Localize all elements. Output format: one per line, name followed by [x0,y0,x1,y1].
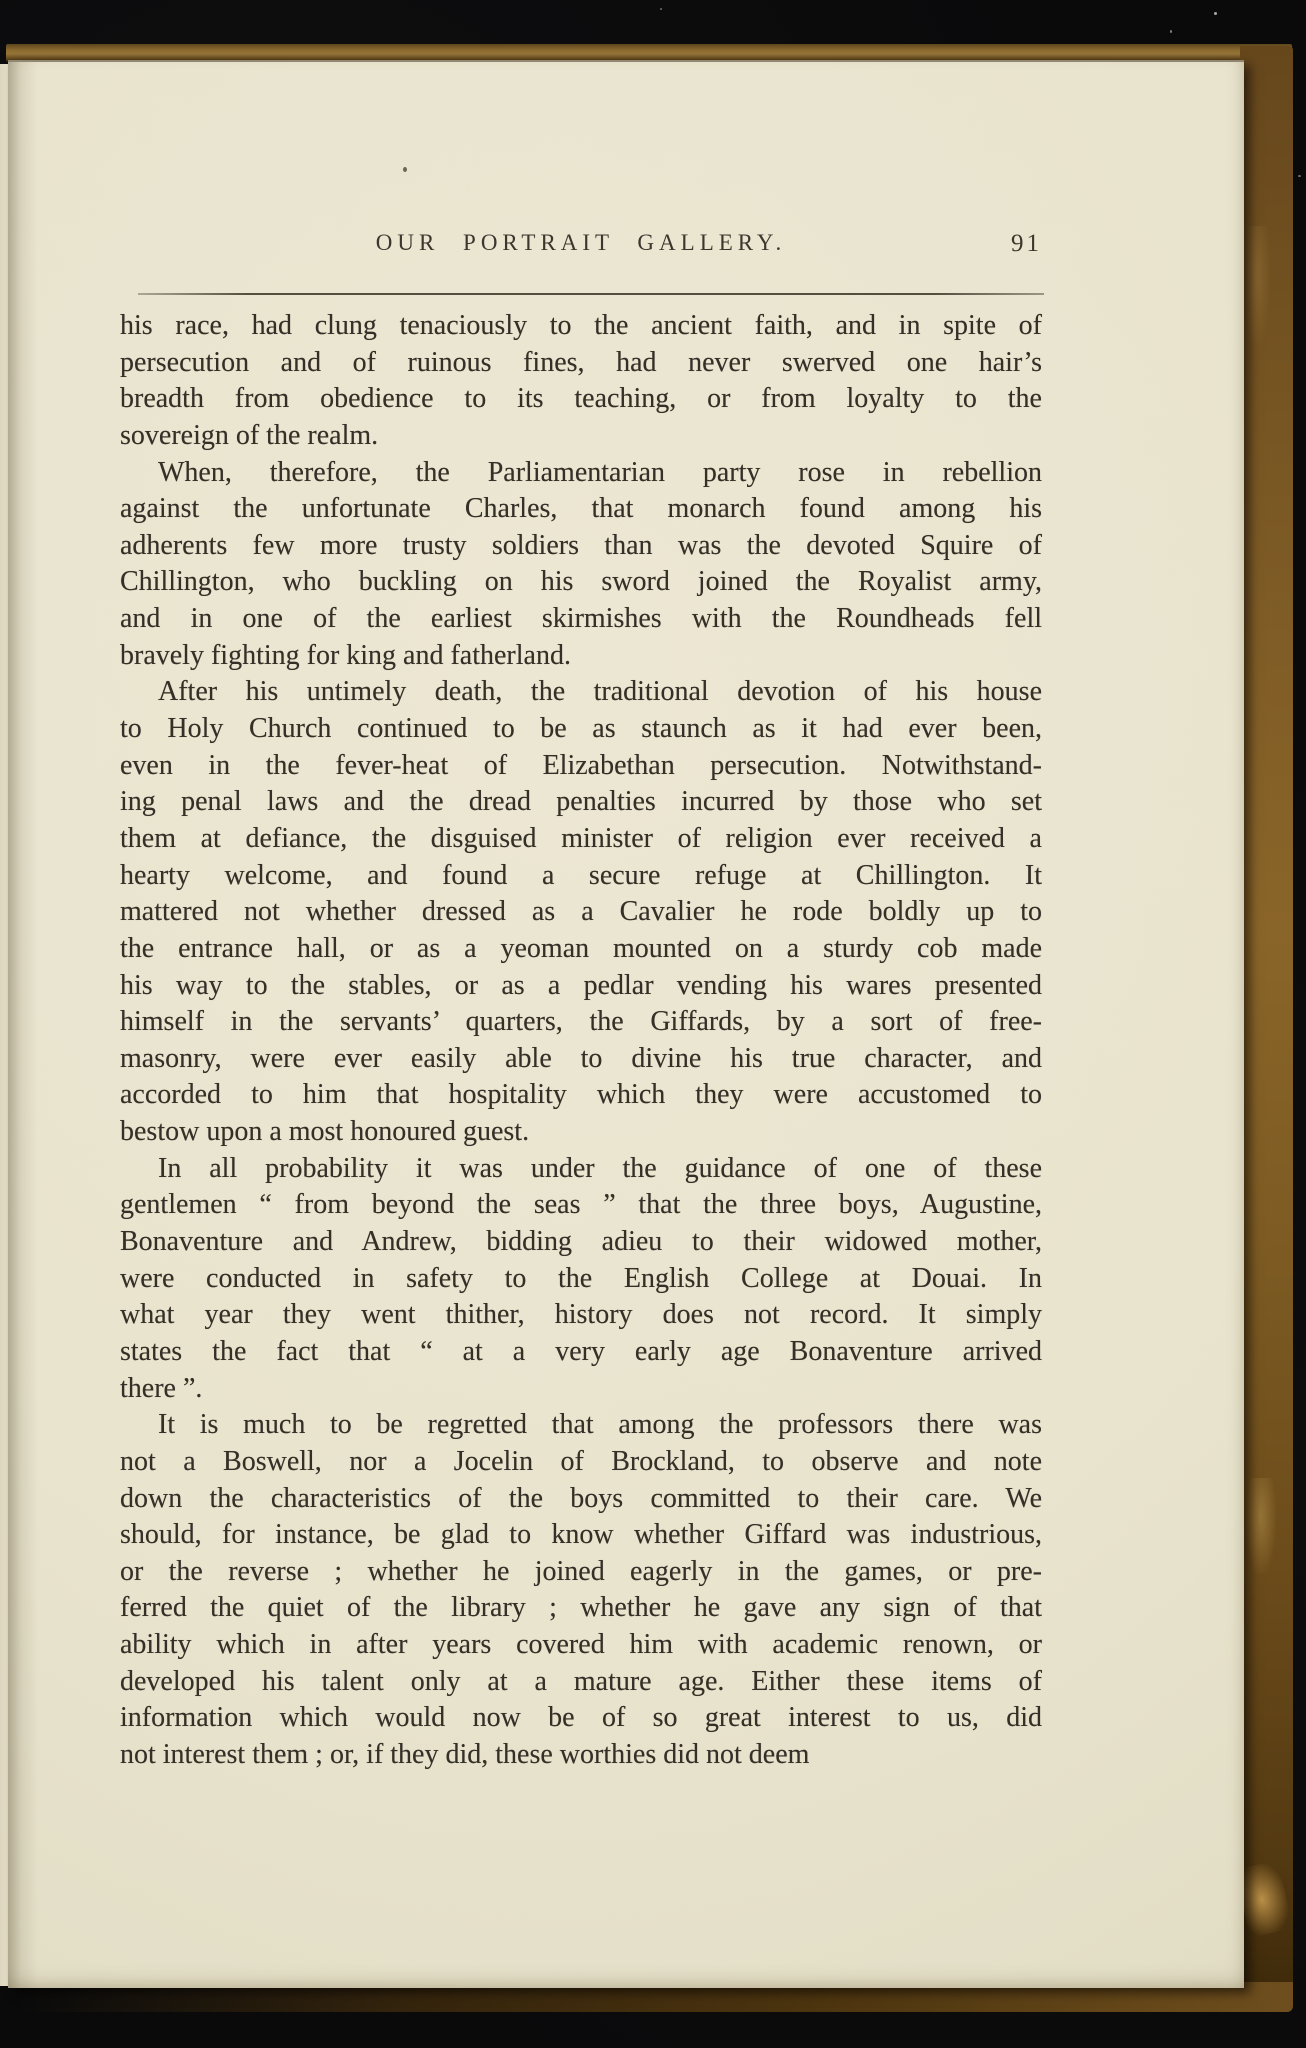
text-line: hearty welcome, and found a secure refug… [120,858,1042,895]
paragraph: his race, had clung tenaciously to the a… [120,308,1042,455]
page-header: OUR PORTRAIT GALLERY. 91 [120,226,1042,260]
text-line: developed his talent only at a mature ag… [120,1664,1042,1701]
text-line: against the unfortunate Charles, that mo… [120,491,1042,528]
dust-speck [1170,30,1172,33]
text-line: Chillington, who buckling on his sword j… [120,564,1042,601]
dust-speck [1298,175,1301,177]
body-text: his race, had clung tenaciously to the a… [120,308,1042,1774]
text-line: what year they went thither, history doe… [120,1297,1042,1334]
scanned-book-photo: OUR PORTRAIT GALLERY. 91 his race, had c… [0,0,1306,2048]
text-line: should, for instance, be glad to know wh… [120,1517,1042,1554]
text-line: the entrance hall, or as a yeoman mounte… [120,931,1042,968]
text-line: were conducted in safety to the English … [120,1261,1042,1298]
header-rule [138,293,1044,295]
text-line: After his untimely death, the traditiona… [120,674,1042,711]
text-line: ability which in after years covered him… [120,1627,1042,1664]
text-line: ferred the quiet of the library ; whethe… [120,1590,1042,1627]
text-line: down the characteristics of the boys com… [120,1481,1042,1518]
dust-speck [660,8,662,10]
text-line: and in one of the earliest skirmishes wi… [120,601,1042,638]
text-line: gentlemen “ from beyond the seas ” that … [120,1187,1042,1224]
page-number: 91 [1011,227,1042,261]
text-line: himself in the servants’ quarters, the G… [120,1004,1042,1041]
text-line: breadth from obedience to its teaching, … [120,381,1042,418]
text-line: states the fact that “ at a very early a… [120,1334,1042,1371]
text-line: even in the fever-heat of Elizabethan pe… [120,748,1042,785]
text-line: adherents few more trusty soldiers than … [120,528,1042,565]
paragraph: When, therefore, the Parliamentarian par… [120,455,1042,675]
text-line: bestow upon a most honoured guest. [120,1114,1042,1151]
text-line: sovereign of the realm. [120,418,1042,455]
leather-wear-patch [1244,226,1270,346]
text-line: persecution and of ruinous fines, had ne… [120,345,1042,382]
leather-wear-patch [1246,1478,1276,1574]
text-line: When, therefore, the Parliamentarian par… [120,455,1042,492]
text-line: his race, had clung tenaciously to the a… [120,308,1042,345]
text-line: ing penal laws and the dread penalties i… [120,784,1042,821]
paragraph: After his untimely death, the traditiona… [120,674,1042,1150]
text-line: information which would now be of so gre… [120,1700,1042,1737]
paragraph: In all probability it was under the guid… [120,1151,1042,1407]
text-line: In all probability it was under the guid… [120,1151,1042,1188]
text-line: them at defiance, the disguised minister… [120,821,1042,858]
text-line: his way to the stables, or as a pedlar v… [120,968,1042,1005]
running-title: OUR PORTRAIT GALLERY. [376,230,787,255]
text-line: mattered not whether dressed as a Cavali… [120,894,1042,931]
text-line: not interest them ; or, if they did, the… [120,1737,1042,1774]
text-line: It is much to be regretted that among th… [120,1407,1042,1444]
book-fore-edge [1240,46,1293,2012]
text-line: there ”. [120,1371,1042,1408]
text-line: accorded to him that hospitality which t… [120,1077,1042,1114]
text-line: Bonaventure and Andrew, bidding adieu to… [120,1224,1042,1261]
paragraph: It is much to be regretted that among th… [120,1407,1042,1773]
text-line: or the reverse ; whether he joined eager… [120,1554,1042,1591]
book-page: OUR PORTRAIT GALLERY. 91 his race, had c… [8,60,1244,1988]
text-line: not a Boswell, nor a Jocelin of Brocklan… [120,1444,1042,1481]
ink-speck [403,167,407,172]
dust-speck [1214,12,1217,15]
text-line: masonry, were ever easily able to divine… [120,1041,1042,1078]
text-line: to Holy Church continued to be as staunc… [120,711,1042,748]
text-line: bravely fighting for king and fatherland… [120,638,1042,675]
